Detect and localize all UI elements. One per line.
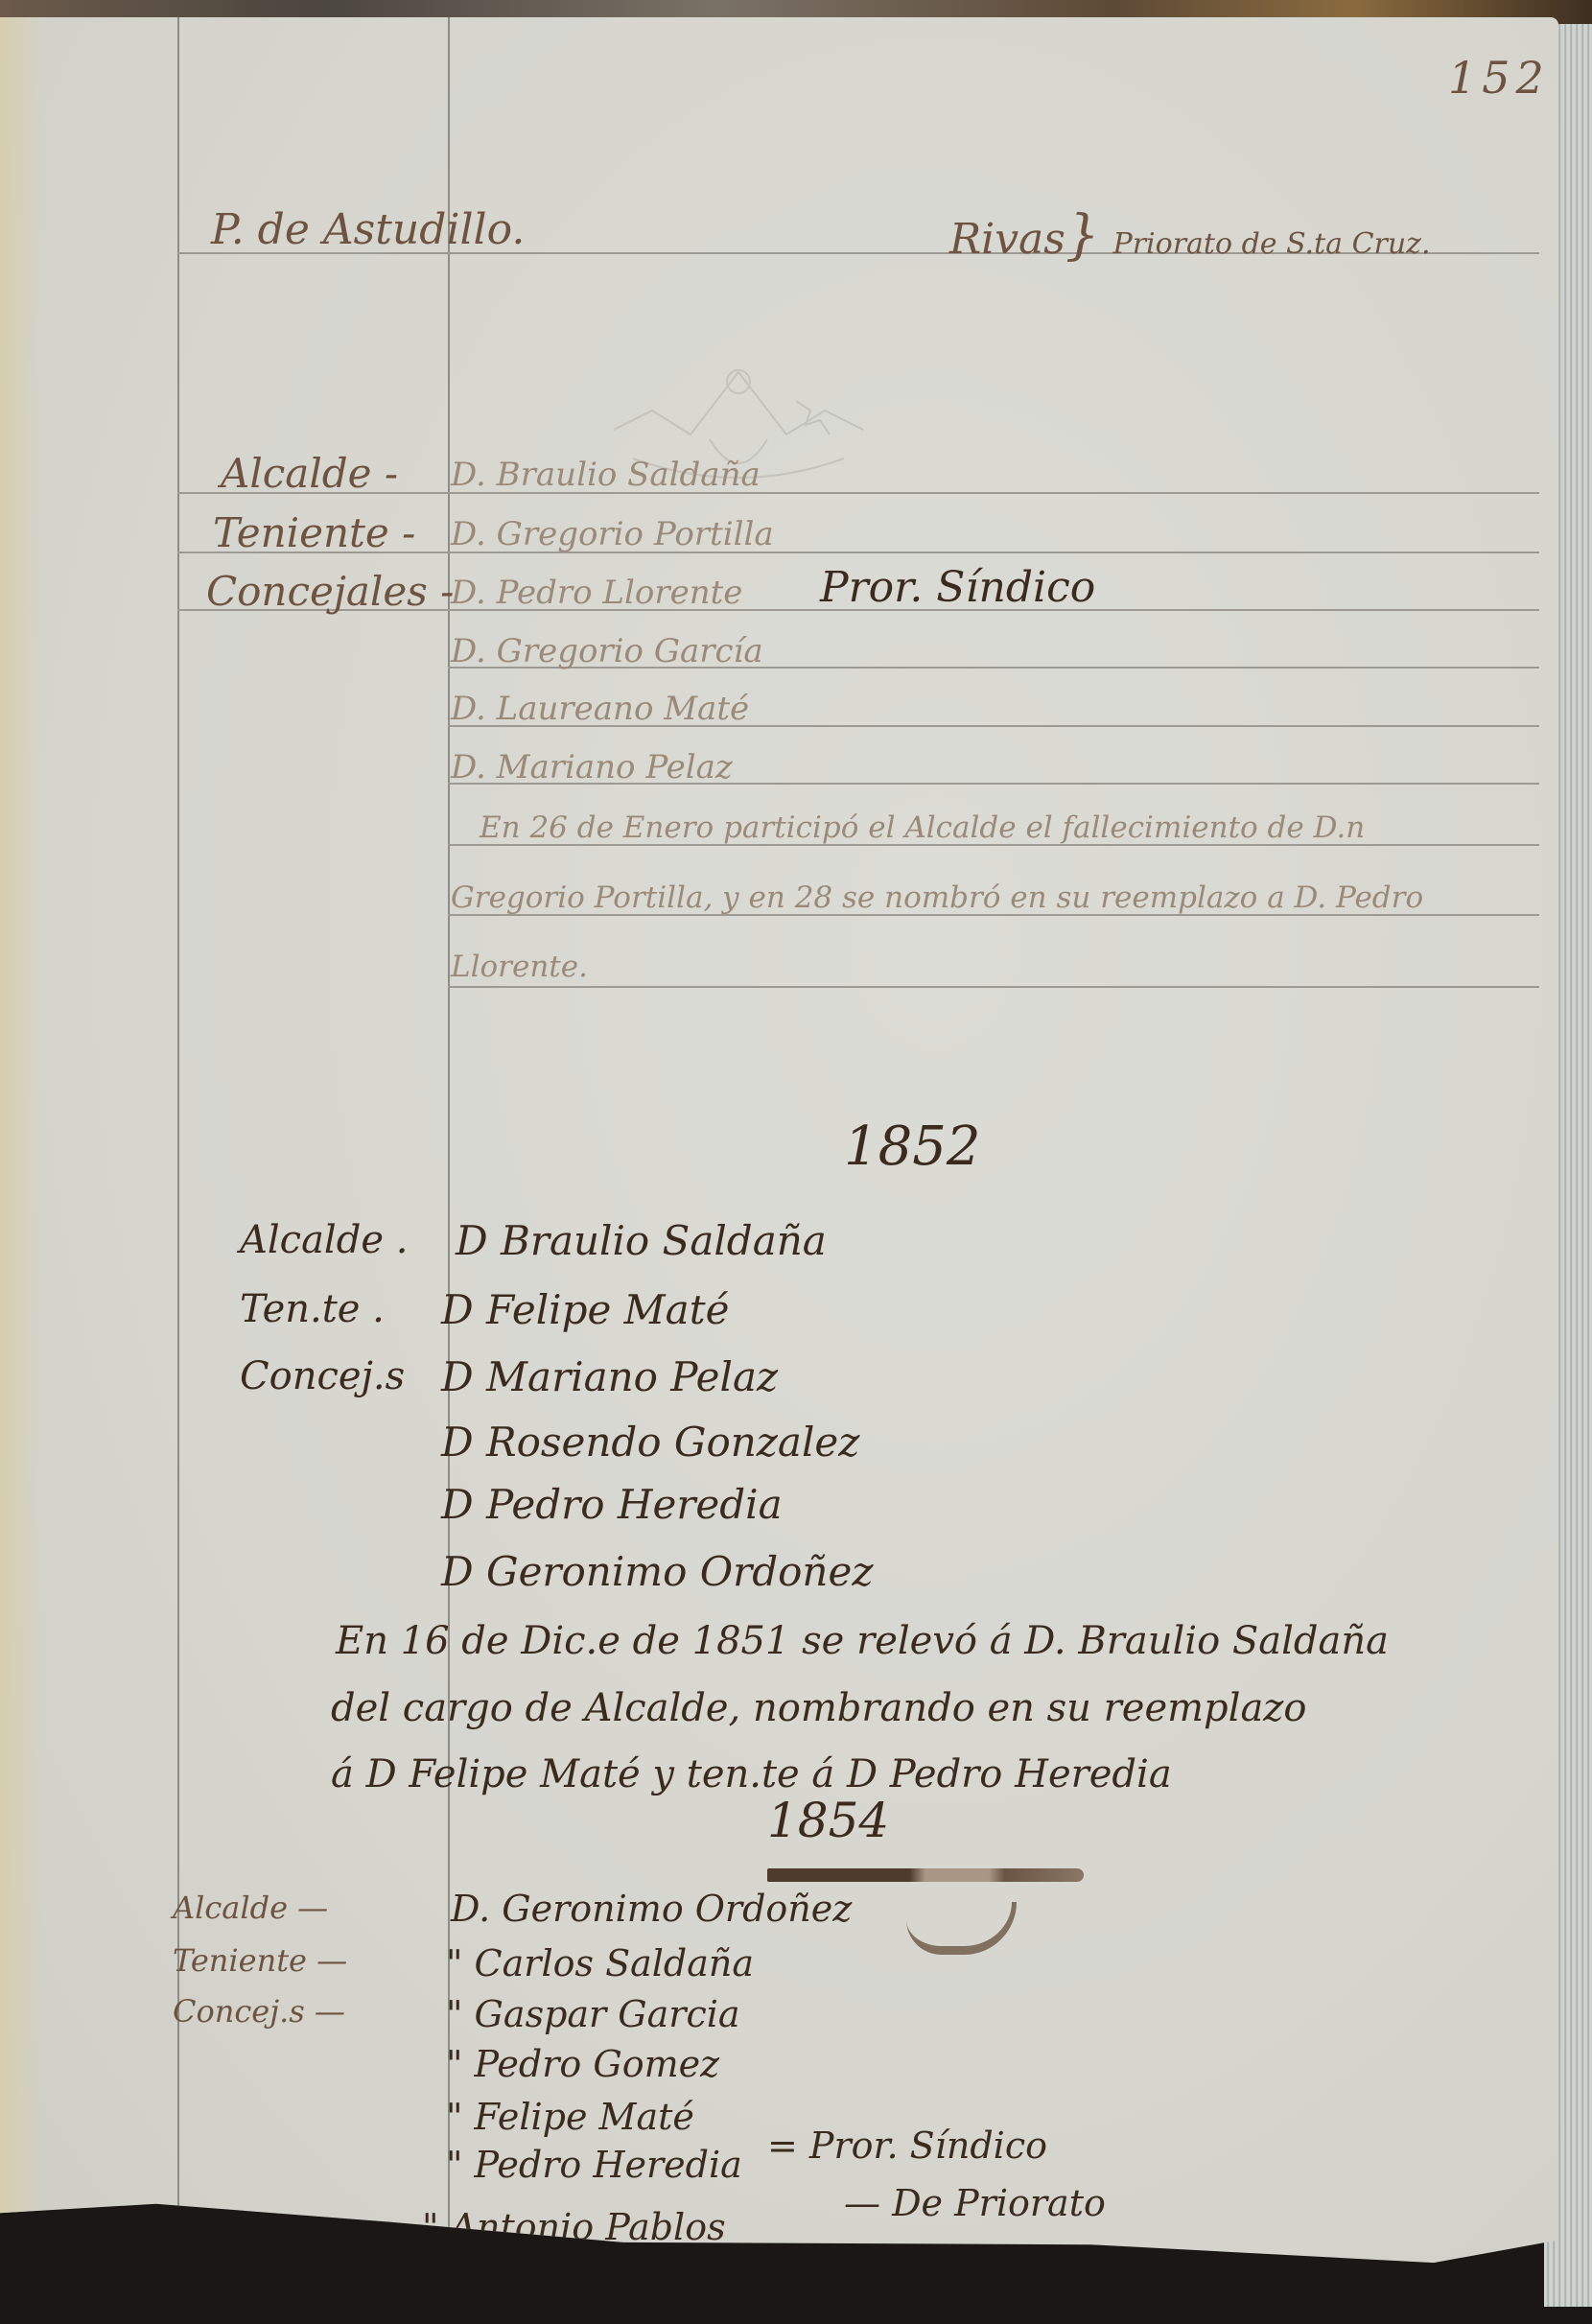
member-name: D. Mariano Pelaz <box>451 751 733 784</box>
member-name: " Pedro Gomez <box>446 2046 719 2082</box>
member-name: D Pedro Heredia <box>441 1485 783 1525</box>
note-line: á D Felipe Maté y ten.te á D Pedro Hered… <box>331 1755 1172 1794</box>
role-label: Pedaneo — <box>149 2214 342 2248</box>
member-name: D Rosendo Gonzalez <box>441 1422 859 1463</box>
member-annotation: Pror. Síndico <box>820 567 1095 609</box>
member-name: D. Gregorio Portilla <box>451 518 774 551</box>
role-label: Teniente — <box>173 1945 347 1976</box>
member-name: " Gaspar Garcia <box>446 1996 740 2032</box>
member-name: D. Geronimo Ordoñez <box>451 1890 852 1927</box>
role-label: Concejales - <box>206 572 454 612</box>
member-name: D Felipe Maté <box>441 1290 729 1330</box>
member-name: D Geronimo Ordoñez <box>441 1552 873 1592</box>
member-annotation: — De Priorato <box>844 2185 1106 2221</box>
header-location: Rivas} Priorato de S.ta Cruz. <box>949 209 1431 263</box>
note-line: Llorente. <box>451 952 588 982</box>
role-label: Alcalde — <box>173 1892 328 1923</box>
ink-blot-underline <box>767 1868 1084 1882</box>
header-priorato: Priorato de S.ta Cruz. <box>1113 227 1431 261</box>
member-name: D. Pedro Llorente <box>451 576 742 609</box>
member-name: D Braulio Saldaña <box>456 1221 827 1261</box>
role-label: Alcalde - <box>221 454 398 494</box>
ledger-page: 152 P. de Astudillo. Rivas} Priorato de … <box>0 17 1558 2281</box>
role-label: Concej.s — <box>173 1996 345 2027</box>
margin-rule-names <box>448 17 450 2281</box>
note-line: En 26 de Enero participó el Alcalde el f… <box>480 813 1365 843</box>
role-label: Alcalde . <box>240 1221 408 1259</box>
member-name: " Carlos Saldaña <box>446 1945 754 1982</box>
margin-rule-left <box>177 17 179 2281</box>
member-name: D Mariano Pelaz <box>441 1357 778 1397</box>
member-name: " Pedro Heredia <box>446 2147 742 2183</box>
member-name: D. Braulio Saldaña <box>451 458 761 491</box>
note-line: Gregorio Portilla, y en 28 se nombró en … <box>451 883 1423 913</box>
role-label: Concej.s <box>240 1357 405 1396</box>
header-parish: P. de Astudillo. <box>211 209 525 251</box>
member-name: D. Gregorio García <box>451 635 763 668</box>
rule-line <box>448 986 1539 988</box>
member-name: " Felipe Maté <box>446 2099 694 2135</box>
role-label: Ten.te . <box>240 1290 385 1328</box>
role-label: Teniente - <box>213 513 415 553</box>
page-number: 152 <box>1448 56 1550 100</box>
ink-swash <box>906 1902 1017 1955</box>
year-heading: 1854 <box>767 1796 889 1844</box>
note-line: En 16 de Dic.e de 1851 se relevó á D. Br… <box>336 1622 1389 1660</box>
binding-shadow <box>0 17 43 2281</box>
year-heading: 1852 <box>844 1120 981 1174</box>
member-name: D. Laureano Maté <box>451 693 749 725</box>
member-name: " Antonio Pablos <box>422 2209 726 2245</box>
note-line: del cargo de Alcalde, nombrando en su re… <box>331 1689 1306 1727</box>
header-place: Rivas <box>949 215 1065 264</box>
member-annotation: = Pror. Síndico <box>767 2127 1047 2164</box>
header-brace: } <box>1065 204 1100 267</box>
